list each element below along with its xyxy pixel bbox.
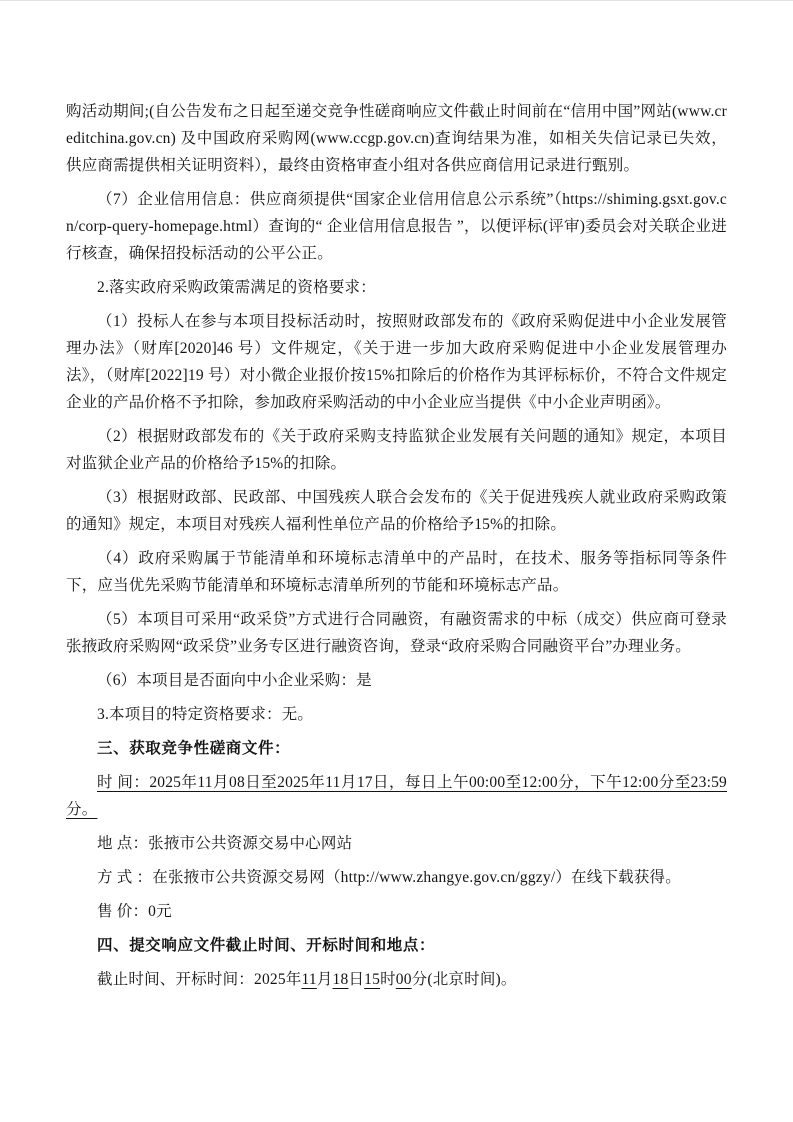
text-run: 购活动期间;(自公告发布之日起至递交竞争性磋商响应文件截止时间前在“信用中国”网…	[66, 103, 727, 174]
text-run: 时	[380, 971, 396, 988]
text-run: 2.落实政府采购政策需满足的资格要求：	[97, 279, 376, 296]
underlined-text: 11	[302, 971, 317, 988]
text-run: 日	[348, 971, 364, 988]
paragraph: 2.落实政府采购政策需满足的资格要求：	[66, 274, 727, 301]
document-page: 购活动期间;(自公告发布之日起至递交竞争性磋商响应文件截止时间前在“信用中国”网…	[0, 1, 793, 1122]
paragraph: 3.本项目的特定资格要求：无。	[66, 701, 727, 728]
paragraph: （5）本项目可采用“政采贷”方式进行合同融资，有融资需求的中标（成交）供应商可登…	[66, 606, 727, 660]
paragraph: 售 价：0元	[66, 898, 727, 925]
paragraph: 地 点：张掖市公共资源交易中心网站	[66, 830, 727, 857]
underlined-text: 15	[364, 971, 380, 988]
text-run: （2）根据财政部发布的《关于政府采购支持监狱企业发展有关问题的通知》规定，本项目…	[66, 428, 727, 472]
text-run: 售 价：0元	[97, 903, 172, 920]
underlined-text: 00	[396, 971, 412, 988]
text-run: 分(北京时间)。	[412, 971, 517, 988]
section-heading: 三、获取竞争性磋商文件：	[66, 735, 727, 762]
underlined-text: 18	[333, 971, 349, 988]
text-run: （5）本项目可采用“政采贷”方式进行合同融资，有融资需求的中标（成交）供应商可登…	[66, 611, 727, 655]
paragraph: （7）企业信用信息：供应商须提供“国家企业信用信息公示系统”（https://s…	[66, 186, 727, 267]
text-run: 方 式 ：在张掖市公共资源交易网（http://www.zhangye.gov.…	[97, 869, 681, 886]
text-run: （1）投标人在参与本项目投标活动时，按照财政部发布的《政府采购促进中小企业发展管…	[66, 313, 727, 411]
paragraph-container: 购活动期间;(自公告发布之日起至递交竞争性磋商响应文件截止时间前在“信用中国”网…	[66, 98, 727, 993]
text-run: 三、获取竞争性磋商文件：	[97, 740, 290, 757]
text-run: （4）政府采购属于节能清单和环境标志清单中的产品时，在技术、服务等指标同等条件下…	[66, 550, 727, 594]
paragraph: （2）根据财政部发布的《关于政府采购支持监狱企业发展有关问题的通知》规定，本项目…	[66, 423, 727, 477]
paragraph: （1）投标人在参与本项目投标活动时，按照财政部发布的《政府采购促进中小企业发展管…	[66, 308, 727, 416]
text-run: （3）根据财政部、民政部、中国残疾人联合会发布的《关于促进残疾人就业政府采购政策…	[66, 489, 727, 533]
text-run: （6）本项目是否面向中小企业采购：是	[97, 672, 372, 689]
section-heading: 四、提交响应文件截止时间、开标时间和地点：	[66, 932, 727, 959]
text-run: 四、提交响应文件截止时间、开标时间和地点：	[97, 937, 435, 954]
paragraph: 方 式 ：在张掖市公共资源交易网（http://www.zhangye.gov.…	[66, 864, 727, 891]
text-run: （7）企业信用信息：供应商须提供“国家企业信用信息公示系统”（https://s…	[66, 191, 727, 262]
text-run: 3.本项目的特定资格要求：无。	[97, 706, 313, 723]
paragraph: 截止时间、开标时间：2025年11月18日15时00分(北京时间)。	[66, 966, 727, 993]
paragraph: 购活动期间;(自公告发布之日起至递交竞争性磋商响应文件截止时间前在“信用中国”网…	[66, 98, 727, 179]
paragraph: （6）本项目是否面向中小企业采购：是	[66, 667, 727, 694]
paragraph: （3）根据财政部、民政部、中国残疾人联合会发布的《关于促进残疾人就业政府采购政策…	[66, 484, 727, 538]
underlined-text: 时 间：2025年11月08日至2025年11月17日，每日上午00:00至12…	[66, 774, 727, 818]
paragraph: 时 间：2025年11月08日至2025年11月17日，每日上午00:00至12…	[66, 769, 727, 823]
text-run: 地 点：张掖市公共资源交易中心网站	[97, 835, 352, 852]
paragraph: （4）政府采购属于节能清单和环境标志清单中的产品时，在技术、服务等指标同等条件下…	[66, 545, 727, 599]
text-run: 月	[317, 971, 333, 988]
text-run: 截止时间、开标时间：2025年	[97, 971, 302, 988]
